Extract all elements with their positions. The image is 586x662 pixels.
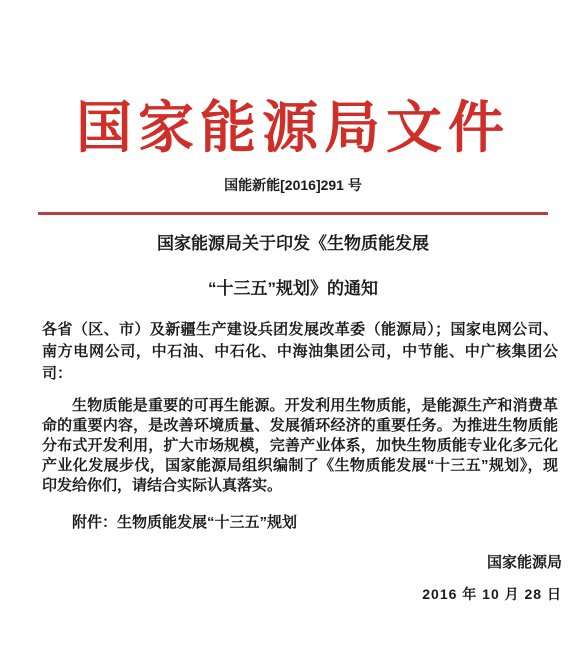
attachment-line: 附件：生物质能发展“十三五”规划 [42, 513, 558, 533]
document-number: 国能新能[2016]291 号 [0, 176, 586, 194]
document-page: 国家能源局文件 国能新能[2016]291 号 国家能源局关于印发《生物质能发展… [0, 0, 586, 662]
red-divider-line [38, 212, 548, 215]
issuer-signature: 国家能源局 [422, 554, 562, 572]
notice-title-line1: 国家能源局关于印发《生物质能发展 [0, 231, 586, 257]
notice-title: 国家能源局关于印发《生物质能发展 “十三五”规划》的通知 [0, 231, 586, 302]
addressees-paragraph: 各省（区、市）及新疆生产建设兵团发展改革委（能源局）；国家电网公司、南方电网公司… [42, 319, 558, 385]
body-paragraph: 生物质能是重要的可再生能源。开发利用生物质能，是能源生产和消费革命的重要内容，是… [42, 396, 558, 496]
issue-date: 2016 年 10 月 28 日 [422, 585, 562, 603]
document-body: 各省（区、市）及新疆生产建设兵团发展改革委（能源局）；国家电网公司、南方电网公司… [0, 319, 586, 533]
letterhead-title: 国家能源局文件 [0, 94, 586, 164]
notice-title-line2: “十三五”规划》的通知 [0, 276, 586, 302]
signoff-block: 国家能源局 2016 年 10 月 28 日 [422, 554, 562, 603]
